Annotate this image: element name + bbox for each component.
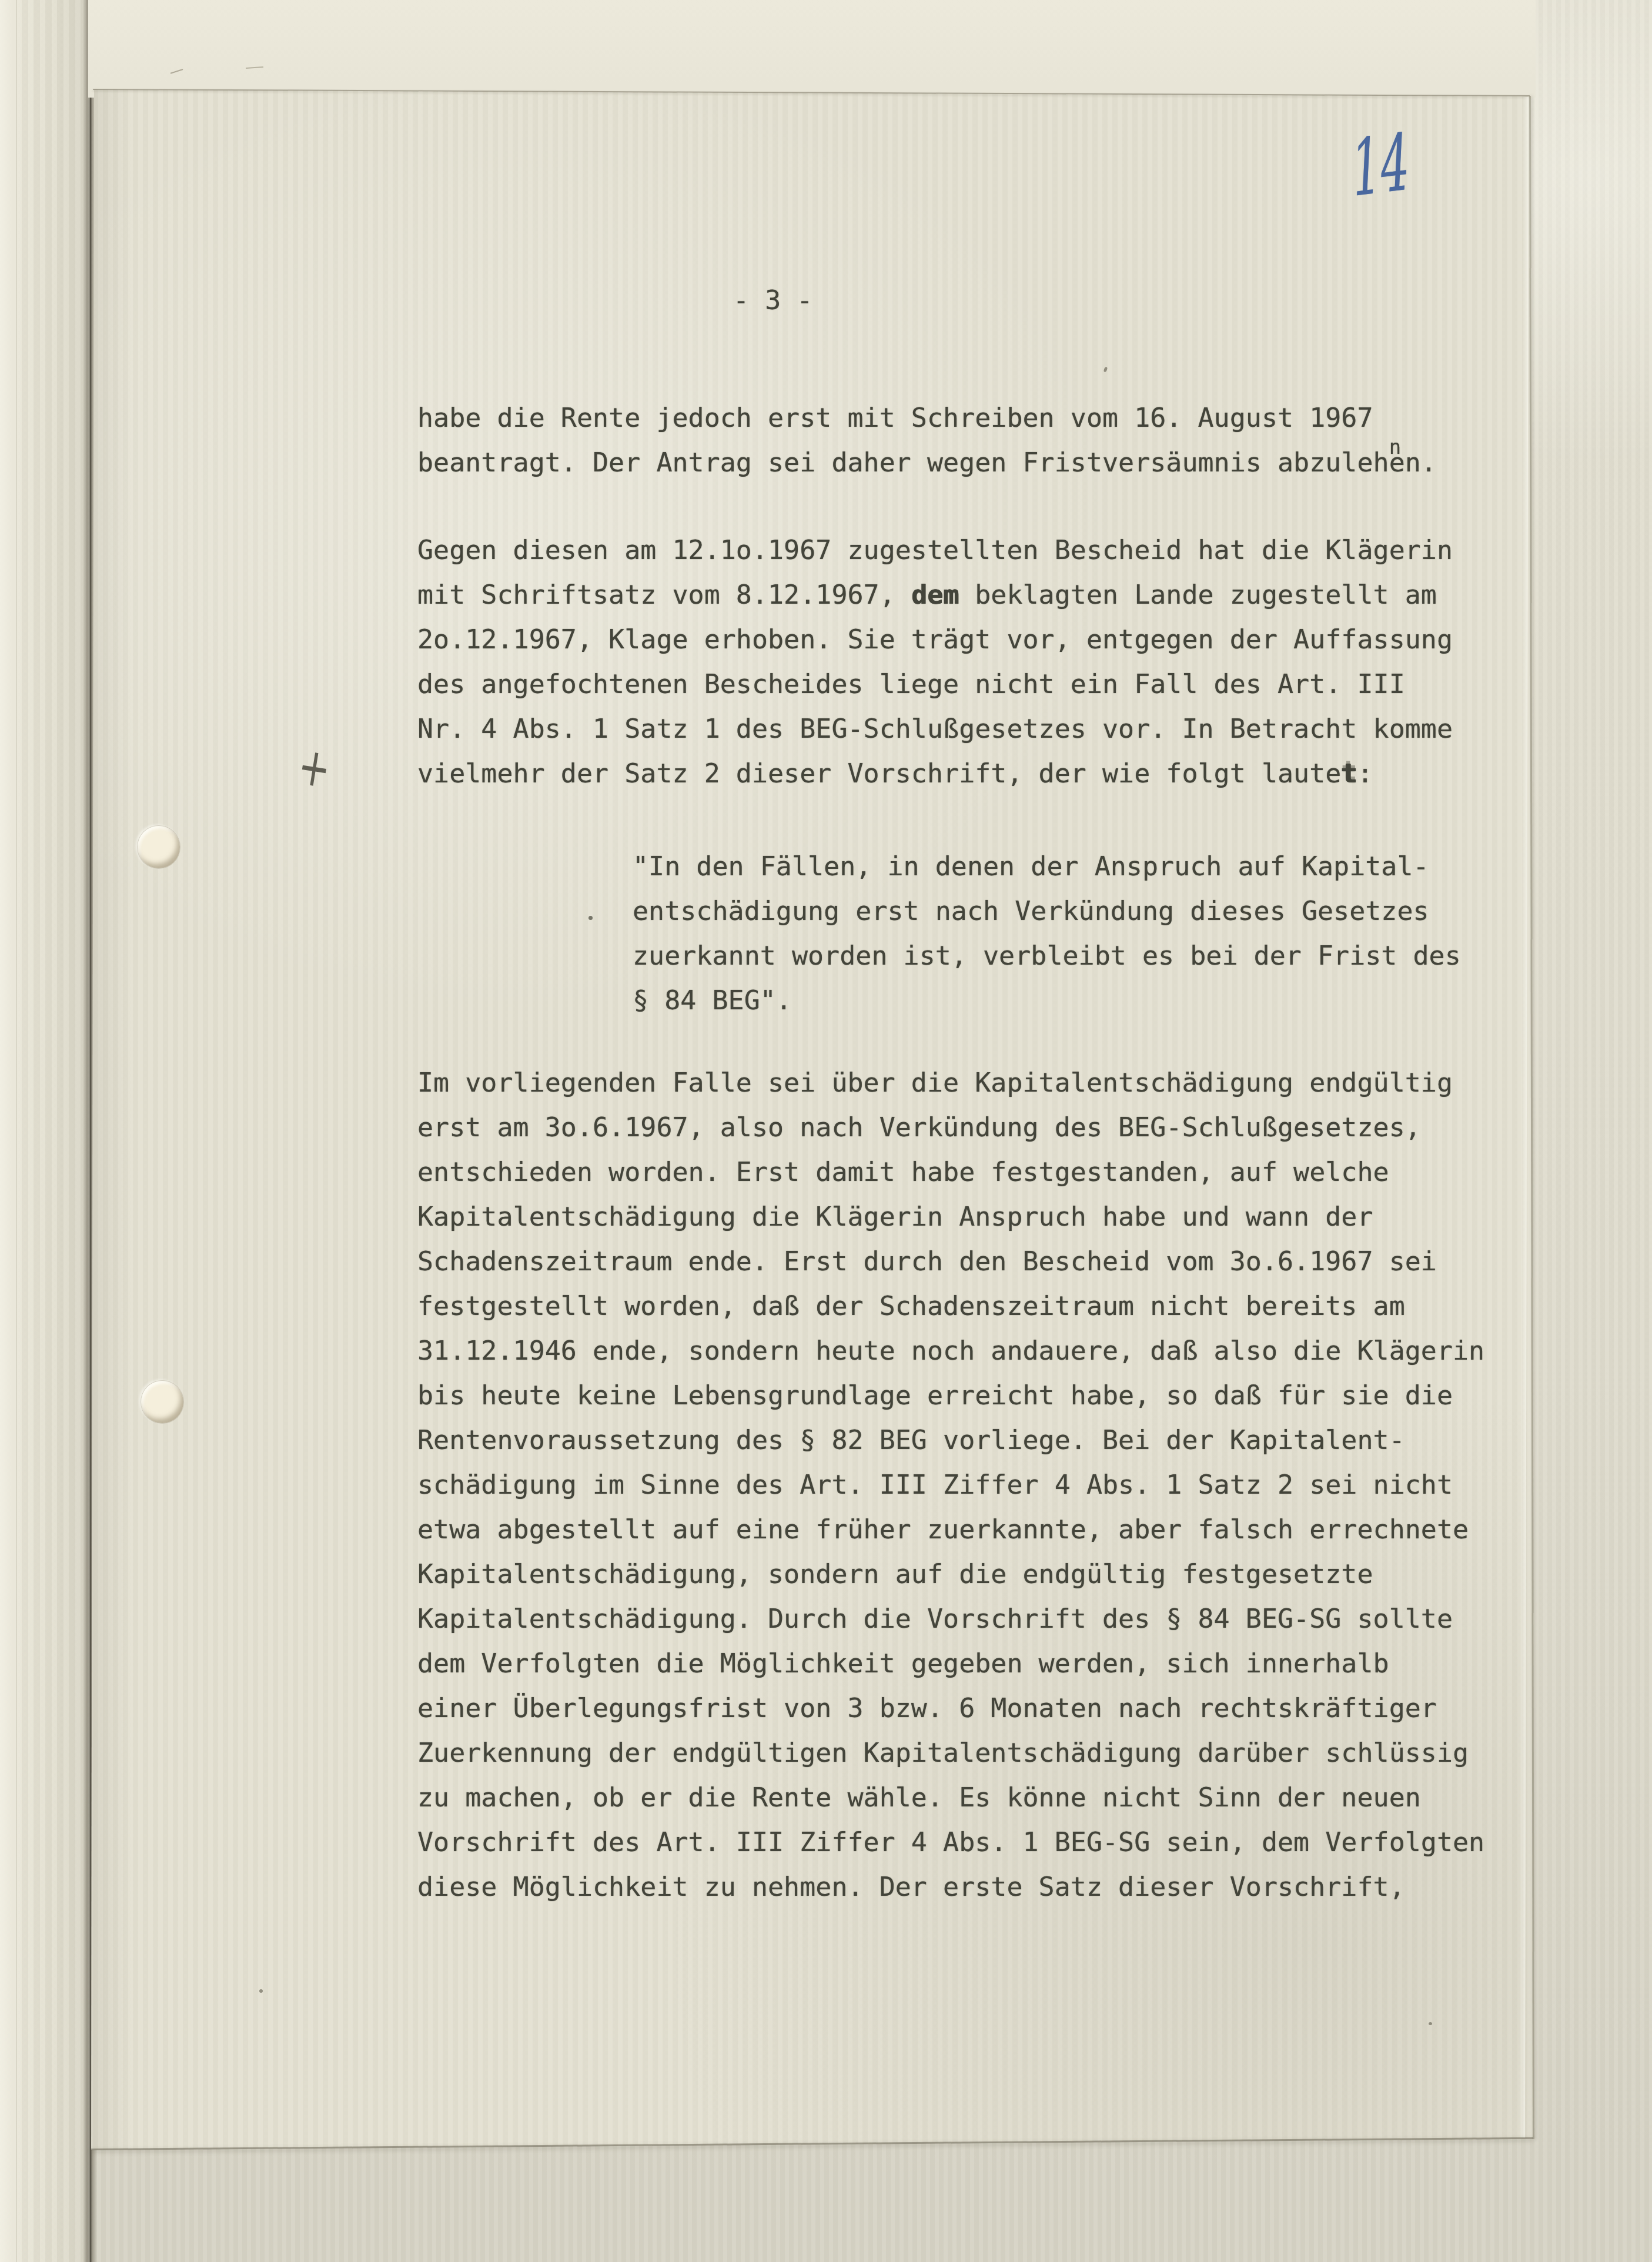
typed-line: festgestellt worden, daß der Schadenszei… <box>417 1284 1484 1329</box>
typed-line: entschädigung erst nach Verkündung diese… <box>633 889 1461 933</box>
typed-line: 31.12.1946 ende, sondern heute noch anda… <box>417 1329 1484 1373</box>
typed-line: Rentenvoraussetzung des § 82 BEG vorlieg… <box>417 1418 1484 1463</box>
document-scan: - 3 -habe die Rente jedoch erst mit Schr… <box>0 0 1652 2262</box>
typed-line: schädigung im Sinne des Art. III Ziffer … <box>417 1463 1484 1507</box>
typed-line: entschieden worden. Erst damit habe fest… <box>417 1150 1484 1194</box>
typed-line: dem Verfolgten die Möglichkeit gegeben w… <box>417 1641 1484 1686</box>
typed-line: Gegen diesen am 12.1o.1967 zugestellten … <box>417 528 1453 573</box>
typed-line: Kapitalentschädigung, sondern auf die en… <box>417 1552 1484 1597</box>
typed-line: Nr. 4 Abs. 1 Satz 1 des BEG-Schlußgesetz… <box>417 707 1453 751</box>
typed-line: einer Überlegungsfrist von 3 bzw. 6 Mona… <box>417 1686 1484 1731</box>
typed-line: Kapitalentschädigung. Durch die Vorschri… <box>417 1597 1484 1641</box>
typed-line: erst am 3o.6.1967, also nach Verkündung … <box>417 1105 1484 1150</box>
typed-line: etwa abgestellt auf eine früher zuerkann… <box>417 1507 1484 1552</box>
typed-line: diese Möglichkeit zu nehmen. Der erste S… <box>417 1865 1484 1909</box>
typed-line: des angefochtenen Bescheides liege nicht… <box>417 662 1453 707</box>
handwritten-page-number: 14 <box>1350 123 1412 208</box>
typed-line: "In den Fällen, in denen der Anspruch au… <box>633 844 1461 889</box>
typed-line: Vorschrift des Art. III Ziffer 4 Abs. 1 … <box>417 1820 1484 1865</box>
typed-line: - 3 - <box>733 278 812 323</box>
typed-line: beantragt. Der Antrag sei daher wegen Fr… <box>417 440 1437 487</box>
typed-text: - 3 -habe die Rente jedoch erst mit Schr… <box>0 0 1652 2262</box>
typed-line: § 84 BEG". <box>633 978 1461 1023</box>
typed-line: zuerkannt worden ist, verbleibt es bei d… <box>633 933 1461 978</box>
typed-line: Im vorliegenden Falle sei über die Kapit… <box>417 1060 1484 1105</box>
typed-line: mit Schriftsatz vom 8.12.1967, dem bekla… <box>417 573 1453 617</box>
typed-line: Zuerkennung der endgültigen Kapitalentsc… <box>417 1731 1484 1775</box>
block-quote: "In den Fällen, in denen der Anspruch au… <box>633 844 1461 1023</box>
typed-line: vielmehr der Satz 2 dieser Vorschrift, d… <box>417 751 1453 796</box>
typed-line: Schadenszeitraum ende. Erst durch den Be… <box>417 1239 1484 1284</box>
typed-line: zu machen, ob er die Rente wähle. Es kön… <box>417 1775 1484 1820</box>
typed-line: habe die Rente jedoch erst mit Schreiben… <box>417 396 1437 440</box>
page-number-line: - 3 - <box>733 278 812 323</box>
typed-line: Kapitalentschädigung die Klägerin Anspru… <box>417 1194 1484 1239</box>
typed-line: 2o.12.1967, Klage erhoben. Sie trägt vor… <box>417 617 1453 662</box>
paragraph-1: habe die Rente jedoch erst mit Schreiben… <box>417 396 1437 487</box>
paragraph-2: Gegen diesen am 12.1o.1967 zugestellten … <box>417 528 1453 796</box>
paragraph-3: Im vorliegenden Falle sei über die Kapit… <box>417 1060 1484 1909</box>
typed-line: bis heute keine Lebensgrundlage erreicht… <box>417 1373 1484 1418</box>
